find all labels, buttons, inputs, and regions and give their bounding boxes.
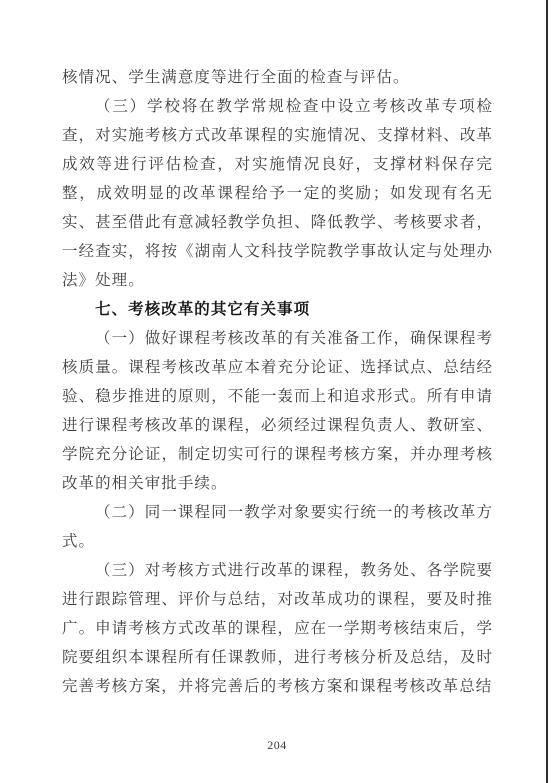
section-heading: 七、考核改革的其它有关事项 bbox=[62, 295, 493, 324]
paragraph-continuation: 核情况、学生满意度等进行全面的检查与评估。 bbox=[62, 63, 493, 92]
document-page: 核情况、学生满意度等进行全面的检查与评估。 （三）学校将在教学常规检查中设立考核… bbox=[0, 0, 554, 783]
paragraph-item-1-preparation: （一）做好课程考核改革的有关准备工作，确保课程考核质量。课程考核改革应本着充分论… bbox=[62, 324, 493, 498]
page-text-body: 核情况、学生满意度等进行全面的检查与评估。 （三）学校将在教学常规检查中设立考核… bbox=[62, 63, 493, 701]
page-number: 204 bbox=[0, 738, 554, 753]
paragraph-item-2-unified: （二）同一课程同一教学对象要实行统一的考核改革方式。 bbox=[62, 498, 493, 556]
paragraph-item-3-tracking: （三）对考核方式进行改革的课程，教务处、各学院要进行跟踪管理、评价与总结，对改革… bbox=[62, 556, 493, 701]
page-edge-line bbox=[546, 0, 548, 783]
paragraph-item-3-inspection: （三）学校将在教学常规检查中设立考核改革专项检查，对实施考核方式改革课程的实施情… bbox=[62, 92, 493, 295]
